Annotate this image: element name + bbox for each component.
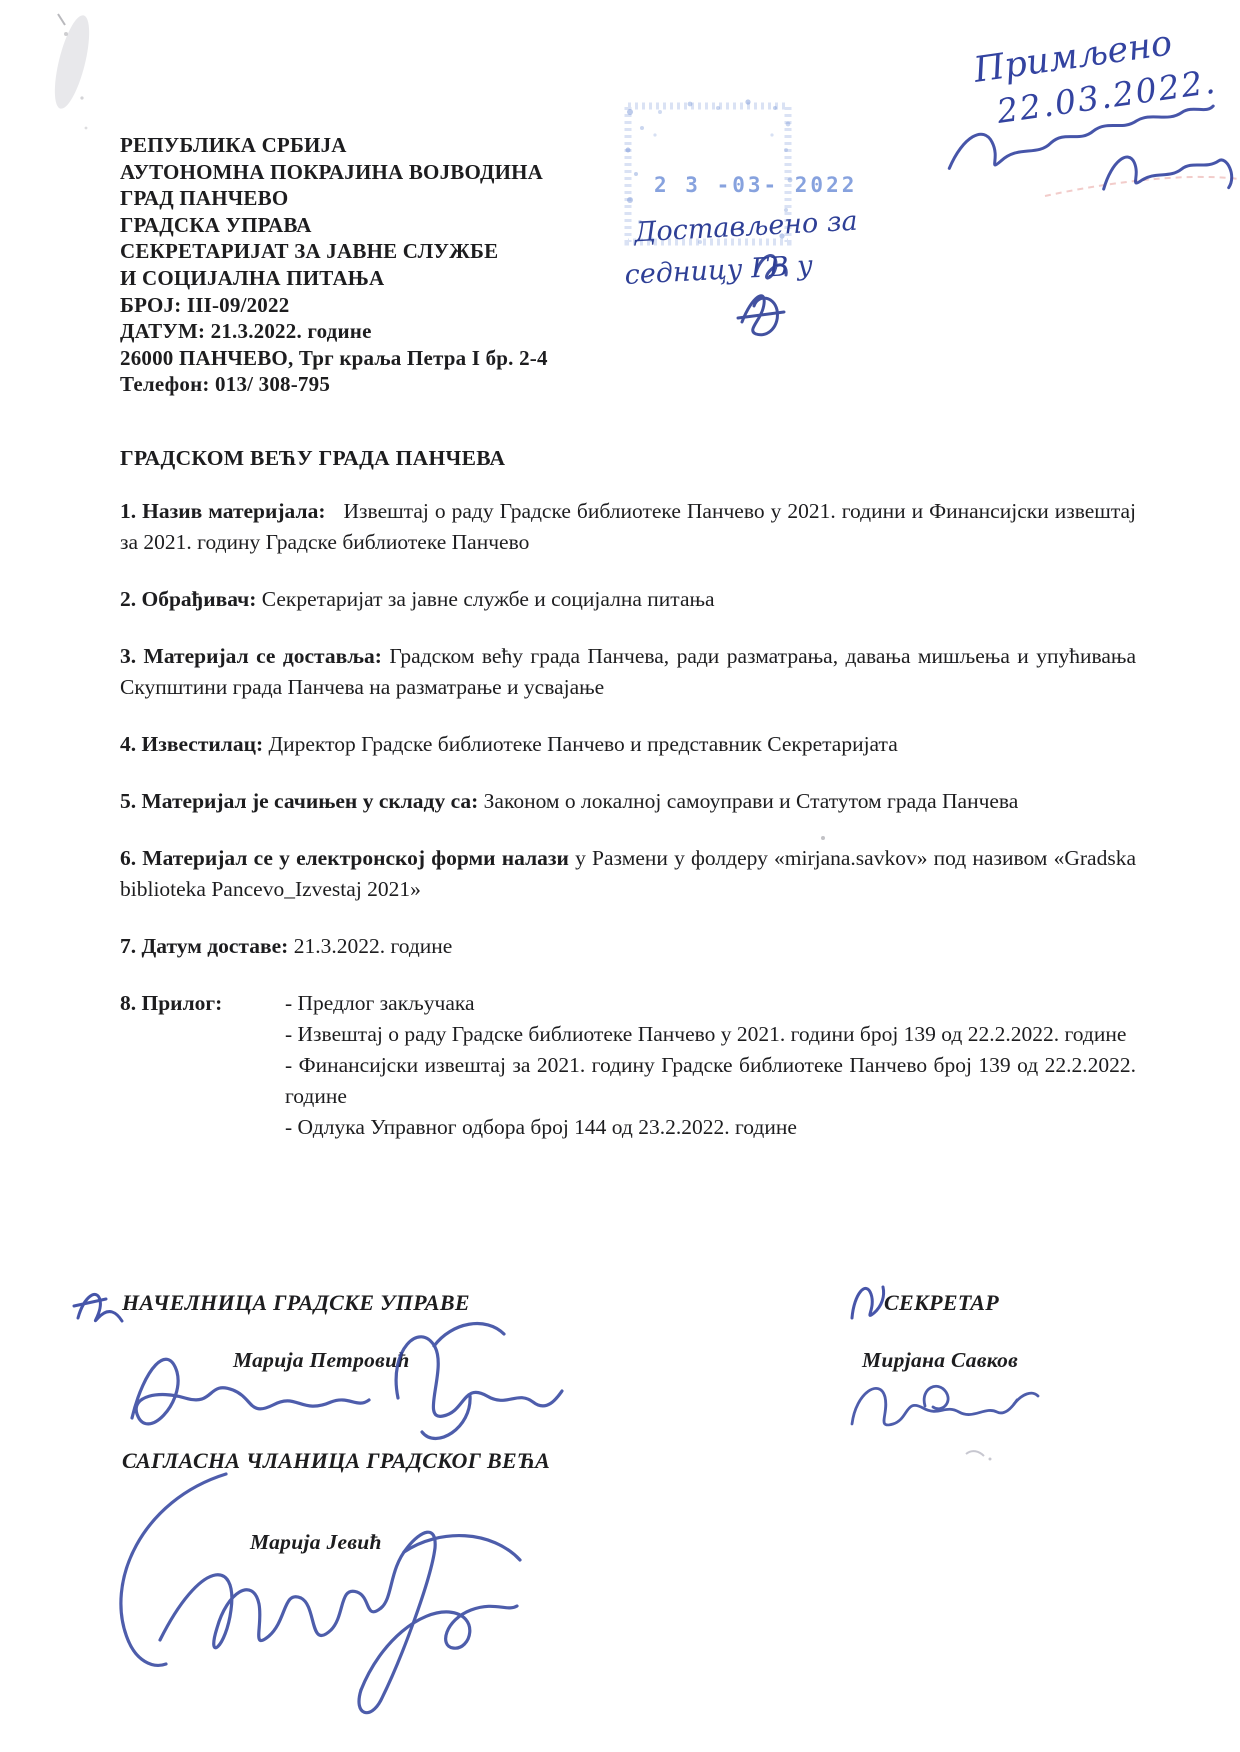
document-body: 1. Назив материјала: Извештај о раду Гра…: [120, 496, 1136, 1143]
addressee-line: ГРАДСКОМ ВЕЋУ ГРАДА ПАНЧЕВА: [120, 446, 505, 471]
letterhead-phone: Телефон: 013/ 308-795: [120, 371, 548, 398]
item-7: 7. Датум доставе: 21.3.2022. године: [120, 931, 1136, 962]
received-signature-scribble: [945, 100, 1233, 225]
signatory-title-nacelnica: НАЧЕЛНИЦА ГРАДСКЕ УПРАВЕ: [122, 1290, 470, 1316]
letterhead-line: АУТОНОМНА ПОКРАЈИНА ВОЈВОДИНА: [120, 159, 548, 186]
item-2: 2. Обрађивач: Секретаријат за јавне служ…: [120, 584, 1136, 615]
paraph-left: [74, 1294, 122, 1321]
stamp-routing-note: Достављено за седницу ГВ у: [622, 206, 861, 291]
letterhead-line: ГРАДСКА УПРАВА: [120, 212, 548, 239]
attachment-item: - Предлог закључака: [285, 988, 1136, 1019]
signatory-name-marija-petrovic: Марија Петровић: [233, 1348, 410, 1373]
received-note: Примљено 22.03.2022.: [970, 18, 1219, 134]
letterhead-line: СЕКРЕТАРИЈАТ ЗА ЈАВНЕ СЛУЖБЕ: [120, 238, 548, 265]
faint-red-streak: [1045, 177, 1239, 196]
item-4: 4. Известилац: Директор Градске библиоте…: [120, 729, 1136, 760]
attachment-list: - Предлог закључака - Извештај о раду Гр…: [285, 988, 1136, 1143]
signature-clanica: [121, 1474, 520, 1713]
received-note-line2: 22.03.2022.: [993, 62, 1219, 132]
stamp-note-line1: Достављено за: [633, 206, 859, 249]
stamp-initials-scribble: [738, 256, 786, 335]
letterhead-line: ГРАД ПАНЧЕВО: [120, 185, 548, 212]
signatory-title-sekretar: СЕКРЕТАР: [884, 1290, 999, 1316]
scan-fold-artifact: [48, 12, 96, 129]
letterhead-line: И СОЦИЈАЛНА ПИТАЊА: [120, 265, 548, 292]
item-7-label: 7. Датум доставе:: [120, 934, 288, 958]
item-7-text: 21.3.2022. године: [294, 934, 453, 958]
scanned-document-page: РЕПУБЛИКА СРБИЈА АУТОНОМНА ПОКРАЈИНА ВОЈ…: [0, 0, 1240, 1752]
item-1: 1. Назив материјала: Извештај о раду Гра…: [120, 496, 1136, 558]
received-note-line1: Примљено: [970, 23, 1174, 91]
item-3-label: 3. Материјал се доставља:: [120, 644, 382, 668]
letterhead-doc-number: БРОЈ: III-09/2022: [120, 292, 548, 319]
stamp-date: 2 3 -03- 2022: [654, 173, 857, 197]
signatory-title-saglasna-clanica: САГЛАСНА ЧЛАНИЦА ГРАДСКОГ ВЕЋА: [122, 1448, 550, 1474]
item-3: 3. Материјал се доставља: Градском већу …: [120, 641, 1136, 703]
item-6: 6. Материјал се у електронској форми нал…: [120, 843, 1136, 905]
item-5-text: Законом о локалној самоуправи и Статутом…: [484, 789, 1019, 813]
item-8-attachments: 8. Прилог: - Предлог закључака - Извешта…: [120, 988, 1136, 1143]
signatory-name-marija-jevic: Марија Јевић: [250, 1530, 382, 1555]
item-5: 5. Материјал је сачињен у складу са: Зак…: [120, 786, 1136, 817]
stamp-note-line2: седницу ГВ у: [624, 250, 814, 291]
stamp-border: [628, 106, 788, 242]
pencil-tick: [966, 1451, 992, 1460]
paraph-right: [852, 1287, 884, 1318]
attachment-item: - Извештај о раду Градске библиотеке Пан…: [285, 1019, 1136, 1050]
letterhead-line: РЕПУБЛИКА СРБИЈА: [120, 132, 548, 159]
date-stamp: 2 3 -03- 2022 Достављено за седницу ГВ у: [622, 99, 861, 334]
item-4-text: Директор Градске библиотеке Панчево и пр…: [269, 732, 898, 756]
item-6-label: 6. Материјал се у електронској форми нал…: [120, 846, 569, 870]
signature-nacelnica: [132, 1324, 562, 1439]
attachment-item: - Одлука Управног одбора број 144 од 23.…: [285, 1112, 1136, 1143]
item-8-label: 8. Прилог:: [120, 988, 285, 1143]
attachment-item: - Финансијски извештај за 2021. годину Г…: [285, 1050, 1136, 1112]
signatory-name-mirjana-savkov: Мирјана Савков: [862, 1348, 1018, 1373]
item-4-label: 4. Известилац:: [120, 732, 263, 756]
signature-sekretar: [852, 1386, 1038, 1425]
letterhead-address: 26000 ПАНЧЕВО, Трг краља Петра I бр. 2-4: [120, 345, 548, 372]
stamp-speckles: [626, 99, 793, 244]
item-2-text: Секретаријат за јавне службе и социјална…: [262, 587, 715, 611]
letterhead: РЕПУБЛИКА СРБИЈА АУТОНОМНА ПОКРАЈИНА ВОЈ…: [120, 132, 548, 398]
letterhead-doc-date: ДАТУМ: 21.3.2022. године: [120, 318, 548, 345]
item-2-label: 2. Обрађивач:: [120, 587, 256, 611]
item-5-label: 5. Материјал је сачињен у складу са:: [120, 789, 478, 813]
item-1-label: 1. Назив материјала:: [120, 499, 325, 523]
